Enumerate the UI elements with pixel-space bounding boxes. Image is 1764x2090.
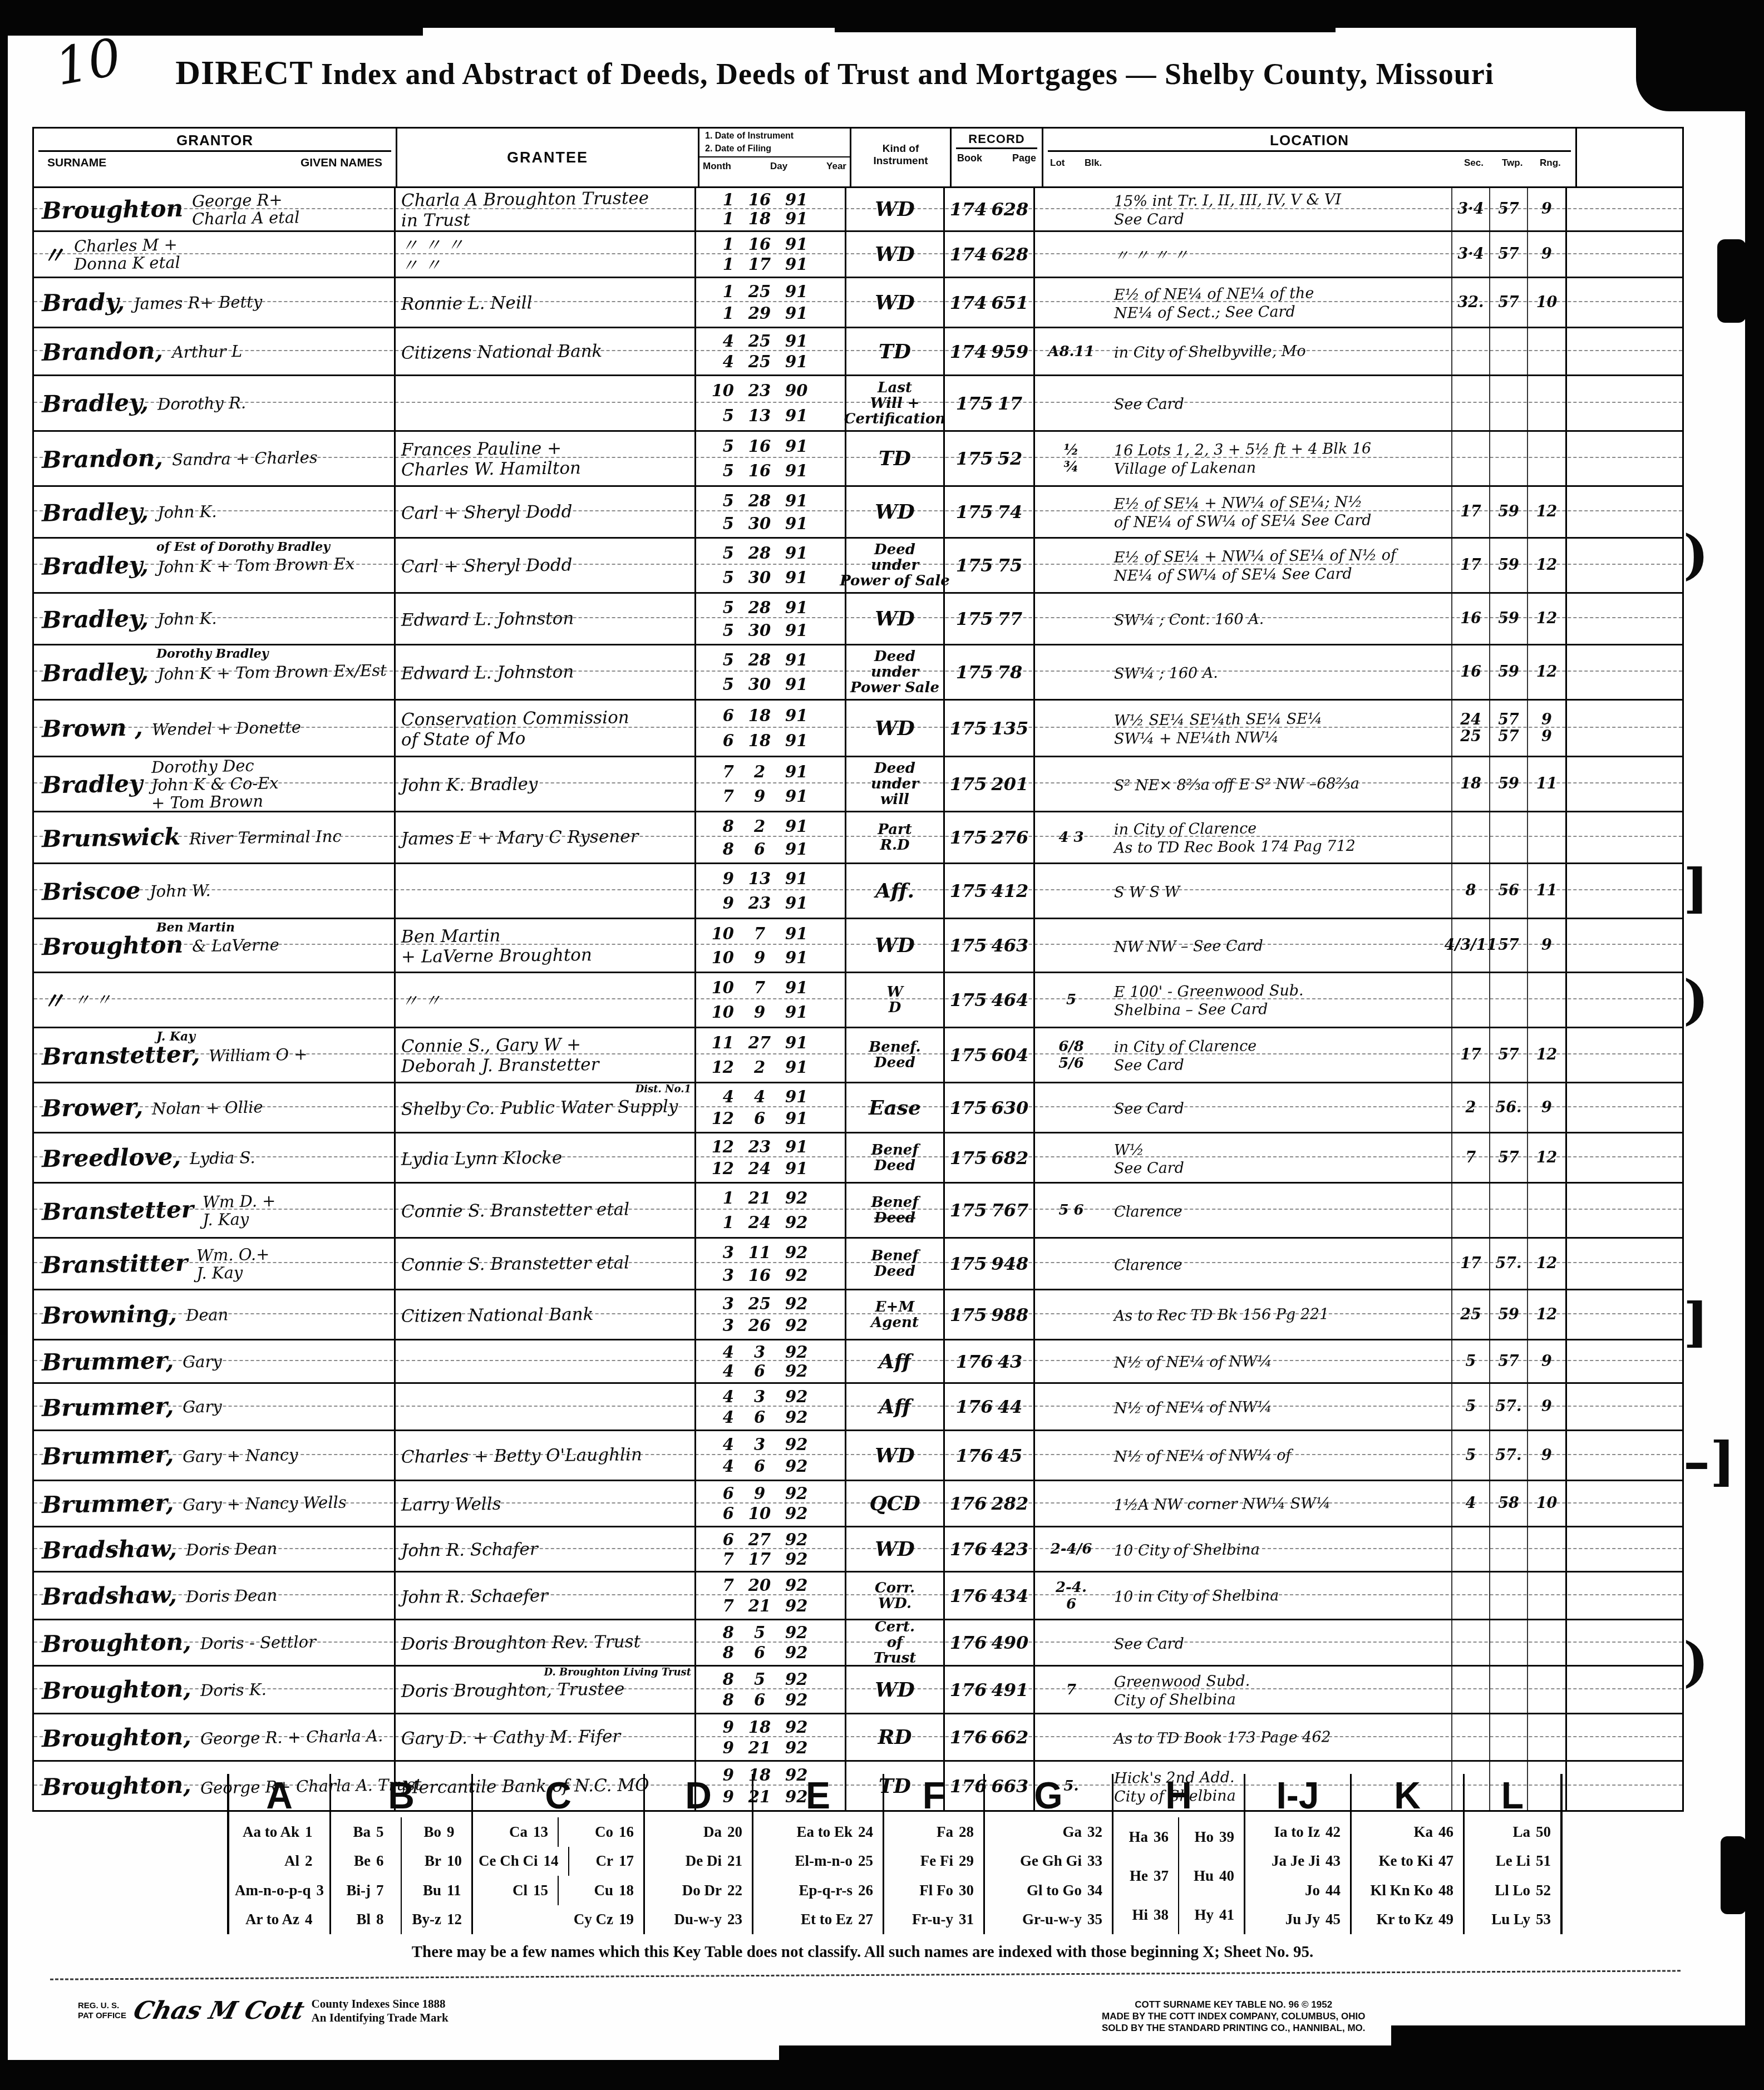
rng-cell: 12 — [1528, 1028, 1567, 1082]
twp-label: Twp. — [1502, 157, 1522, 169]
sec-cell: 17 — [1451, 1028, 1490, 1082]
key-range: Cu — [594, 1882, 613, 1899]
date-month: 6 — [699, 731, 734, 750]
key-cell: Hi38 — [1113, 1895, 1179, 1934]
grantee-line: Citizen National Bank — [401, 1303, 694, 1327]
key-number: 34 — [1087, 1882, 1106, 1899]
twp-value: 57 — [1498, 246, 1519, 263]
grantor-given-line: J. Kay — [203, 1210, 276, 1229]
date-month: 7 — [699, 1576, 734, 1595]
sec-value: 18 — [1460, 776, 1481, 792]
header-grantee: GRANTEE — [397, 129, 699, 186]
colophon-line2: MADE BY THE COTT INDEX COMPANY, COLUMBUS… — [1102, 2010, 1366, 2022]
key-range: Ka — [1413, 1823, 1433, 1841]
date-of-instrument: 42591 — [699, 332, 841, 351]
ink-bracket-mark: ) — [1683, 968, 1708, 1031]
grantor-given-names: George R+Charla A etal — [192, 191, 299, 227]
sec-cell: 4/3/11 — [1451, 919, 1490, 972]
key-row: He37Hu40 — [1113, 1856, 1244, 1895]
sec-value: 4/3/11 — [1445, 937, 1497, 954]
index-entry-row: J. KayBranstetter,William O +Connie S., … — [34, 1028, 1682, 1083]
grantor-surname: Brunswick — [42, 822, 181, 852]
grantor-given-names: Dean — [186, 1306, 228, 1324]
date-of-filing: 4692 — [699, 1362, 841, 1381]
location-description-cell: E 100' - Greenwood Sub.Shelbina – See Ca… — [1107, 973, 1451, 1027]
record-cell: 17577 — [945, 594, 1035, 644]
key-row: Gl to Go34 — [985, 1876, 1112, 1905]
lot-blk-cell: 2-4/6 — [1035, 1527, 1107, 1571]
kind-of-instrument-cell: WD — [846, 1527, 945, 1571]
twp-cell: 59 — [1490, 645, 1528, 699]
kind-line: Aff. — [875, 883, 914, 899]
key-cell: Kr to Kz49 — [1352, 1905, 1463, 1935]
grantee-cell: Doris Broughton Rev. Trust — [396, 1620, 696, 1665]
date-month: 10 — [699, 978, 734, 997]
record-cell: 175276 — [945, 812, 1035, 862]
date-day: 3 — [734, 1387, 785, 1406]
date-of-filing-label: 2. Date of Filing — [699, 141, 850, 154]
grantor-given-line: Nolan + Ollie — [152, 1098, 263, 1117]
key-number: 2 — [305, 1852, 324, 1870]
index-entry-row: 〃Charles M +Donna K etal〃 〃 〃〃 〃11691117… — [34, 232, 1682, 278]
record-book: 175 — [950, 1304, 987, 1325]
grantee-cell: D. Broughton Living TrustDoris Broughton… — [396, 1667, 696, 1713]
scan-artifact-right-blob2 — [1721, 1836, 1746, 1914]
lot-blk-cell — [1035, 645, 1107, 699]
date-month: 10 — [699, 948, 734, 967]
key-row: Ge Gh Gi33 — [985, 1847, 1112, 1876]
date-of-filing: 12492 — [699, 1213, 841, 1232]
ink-bracket-mark: ] — [1683, 1291, 1708, 1354]
key-number: 8 — [376, 1911, 395, 1928]
grantor-given-line: John K + Tom Brown Ex/Est — [157, 661, 387, 683]
key-group-i-j: I-JIa to Iz42Ja Je Ji43Jo44Ju Jy45 — [1245, 1774, 1352, 1934]
kind-of-instrument-cell: E+MAgent — [846, 1290, 945, 1339]
key-cell: Lu Ly53 — [1465, 1905, 1560, 1935]
key-number: 15 — [533, 1882, 552, 1899]
key-row: Fr-u-y31 — [884, 1905, 983, 1935]
location-description-cell: N½ of NE¼ of NW¼ of — [1107, 1431, 1451, 1480]
kind-line: D — [889, 1000, 901, 1016]
key-number: 7 — [376, 1882, 395, 1899]
rng-cell: 12 — [1528, 594, 1567, 644]
date-day: 6 — [734, 1457, 785, 1476]
location-line: As to Rec TD Bk 156 Pg 221 — [1114, 1304, 1451, 1325]
sec-value: 17 — [1460, 1255, 1481, 1272]
record-cell: 175463 — [945, 919, 1035, 972]
kind-line: Trust — [874, 1650, 917, 1666]
book-label: Book — [957, 152, 982, 164]
date-year: 91 — [785, 894, 824, 913]
grantee-cell: Citizen National Bank — [396, 1290, 696, 1339]
date-of-filing: 53091 — [699, 675, 841, 694]
twp-cell: 56. — [1490, 1083, 1528, 1132]
kind-line: Will + — [870, 396, 919, 411]
key-number: 42 — [1326, 1823, 1344, 1841]
key-number: 10 — [447, 1852, 466, 1870]
grantor-given-line: William O + — [209, 1045, 308, 1064]
key-range: Gl to Go — [1027, 1882, 1082, 1899]
grantor-given-names: Charles M +Donna K etal — [74, 236, 180, 272]
date-day: 3 — [734, 1435, 785, 1454]
kind-of-instrument-cell: Aff — [846, 1340, 945, 1382]
date-cell: 5289153091 — [696, 487, 846, 537]
date-month: 9 — [699, 1718, 734, 1737]
sec-cell — [1451, 376, 1490, 430]
date-month: 1 — [699, 209, 734, 228]
grantor-given-names: Gary — [183, 1353, 222, 1371]
key-number: 16 — [619, 1823, 638, 1841]
date-month: 5 — [699, 514, 734, 533]
grantor-cell: Broughton,George R. + Charla A. — [34, 1714, 396, 1760]
date-month: 6 — [699, 706, 734, 725]
date-year: 92 — [785, 1316, 824, 1335]
date-of-instrument: 32592 — [699, 1294, 841, 1313]
lot-blk-cell — [1035, 864, 1107, 918]
grantor-given-line: John K. — [157, 502, 217, 521]
key-number: 11 — [447, 1882, 466, 1899]
key-letter: I-J — [1245, 1773, 1350, 1818]
key-row: Et to Ez27 — [753, 1905, 883, 1935]
grantor-given-line: Wendel + Donette — [151, 718, 301, 738]
date-year: 91 — [785, 621, 824, 640]
lot-line: ¾ — [1063, 459, 1078, 475]
date-year: 91 — [785, 762, 824, 781]
rng-cell: 9 — [1528, 1431, 1567, 1480]
date-cell: 1079110991 — [696, 919, 846, 972]
date-of-filing: 11791 — [699, 255, 841, 274]
margin-cell — [1567, 1184, 1676, 1237]
date-of-filing: 32692 — [699, 1316, 841, 1335]
date-cell: 6189161891 — [696, 701, 846, 756]
kind-of-instrument-cell: WD — [846, 1667, 945, 1713]
index-entry-row: BriscoeJohn W.9139192391Aff.175412S W S … — [34, 864, 1682, 919]
date-cell: 1079110991 — [696, 973, 846, 1027]
kind-line: R.D — [880, 837, 909, 853]
sec-cell: 5 — [1451, 1431, 1490, 1480]
key-letter: B — [331, 1773, 471, 1818]
date-year: 91 — [785, 817, 824, 836]
key-range: Am-n-o-p-q — [235, 1882, 311, 1899]
record-cell: 17517 — [945, 376, 1035, 430]
key-cell: By-z12 — [402, 1905, 471, 1935]
grantor-given-line: John W. — [149, 881, 210, 900]
key-rows: Ba5Bo9Be6Br10Bi-j7Bu11Bl8By-z12 — [331, 1817, 471, 1934]
lot-line: 6/8 — [1058, 1038, 1084, 1055]
grantor-surname: Browning, — [42, 1300, 178, 1329]
date-year: 91 — [785, 598, 824, 617]
kind-of-instrument-cell: LastWill +Certification — [846, 376, 945, 430]
key-cell: Cr17 — [569, 1847, 644, 1876]
key-number: 36 — [1154, 1828, 1172, 1846]
date-day: 16 — [734, 437, 785, 456]
date-day: 9 — [734, 1003, 785, 1022]
date-year: 91 — [785, 332, 824, 351]
key-cell: He37 — [1113, 1856, 1179, 1895]
lot-blk-cell — [1035, 919, 1107, 972]
date-month: 3 — [699, 1243, 734, 1262]
date-cell: 6279271792 — [696, 1527, 846, 1571]
key-cell: Ge Gh Gi33 — [985, 1847, 1112, 1876]
date-cell: 7209272192 — [696, 1573, 846, 1619]
key-row: Cy Cz19 — [473, 1905, 643, 1935]
date-day: 23 — [734, 1137, 785, 1156]
grantor-surname: Brummer, — [42, 1347, 174, 1376]
kind-of-instrument-cell: BenefDeed — [846, 1239, 945, 1289]
kind-of-instrument-cell: Benef.Deed — [846, 1028, 945, 1082]
key-range: Fr-u-y — [912, 1911, 953, 1928]
key-row: Ga32 — [985, 1817, 1112, 1847]
trademark-block: REG. U. S. PAT OFFICE Chas M Cott County… — [78, 1997, 449, 2025]
grantor-surname: Bradley, — [42, 497, 149, 526]
record-page: 434 — [992, 1585, 1029, 1606]
date-of-instrument: 6992 — [699, 1484, 841, 1503]
date-month: 7 — [699, 1596, 734, 1615]
key-cell: Al2 — [229, 1847, 329, 1876]
sec-value: 3·4 — [1458, 201, 1484, 218]
grantor-given-line: Gary + Nancy — [183, 1446, 298, 1466]
grantee-cell: Frances Pauline +Charles W. Hamilton — [396, 432, 696, 485]
margin-cell — [1567, 1620, 1676, 1665]
twp-cell — [1490, 1184, 1528, 1237]
grantor-cell: Brower,Nolan + Ollie — [34, 1083, 396, 1132]
record-book: 176 — [950, 1679, 987, 1700]
key-cell: Ca13 — [473, 1817, 559, 1847]
grantee-line: Deborah J. Branstetter — [401, 1053, 694, 1077]
index-entry-row: Brandon,Sandra + CharlesFrances Pauline … — [34, 432, 1682, 487]
grantee-line: Doris Broughton Rev. Trust — [401, 1631, 694, 1654]
date-year: 92 — [785, 1189, 824, 1207]
grantee-cell: Connie S., Gary W +Deborah J. Branstette… — [396, 1028, 696, 1082]
record-page: 682 — [992, 1147, 1029, 1169]
twp-value: 57 — [1498, 1353, 1519, 1370]
key-rows: Fa28Fe Fi29Fl Fo30Fr-u-y31 — [884, 1817, 983, 1934]
location-line: 1½A NW corner NW¼ SW¼ — [1114, 1493, 1451, 1514]
key-letter: E — [753, 1773, 883, 1818]
key-number: 27 — [858, 1911, 877, 1928]
date-day: 28 — [734, 650, 785, 669]
kind-line: QCD — [869, 1496, 920, 1511]
key-range: Ia to Iz — [1274, 1823, 1320, 1841]
grantor-given-names: 〃 〃 — [74, 991, 111, 1009]
key-row: Ba5Bo9 — [331, 1817, 471, 1847]
header-grantor: GRANTOR SURNAME GIVEN NAMES — [34, 129, 397, 186]
location-line: See Card — [1114, 208, 1451, 229]
kind-of-instrument-cell: Deedunderwill — [846, 757, 945, 811]
key-rows: Ia to Iz42Ja Je Ji43Jo44Ju Jy45 — [1245, 1817, 1350, 1934]
grantor-cell: Breedlove,Lydia S. — [34, 1133, 396, 1182]
key-row: Kl Kn Ko48 — [1352, 1876, 1463, 1905]
date-of-filing: 4692 — [699, 1408, 841, 1427]
date-of-instrument: 61891 — [699, 706, 841, 725]
header-kind: Kind of Instrument — [851, 129, 952, 186]
date-of-instrument: 11691 — [699, 190, 841, 209]
kind-line: WD — [875, 1541, 915, 1557]
key-number: 33 — [1087, 1852, 1106, 1870]
grantee-line: Conservation Commission — [401, 707, 694, 730]
location-description-cell: NW NW – See Card — [1107, 919, 1451, 972]
kind-line: Aff — [879, 1354, 911, 1369]
twp-cell: 58 — [1490, 1481, 1528, 1526]
margin-cell — [1567, 232, 1676, 277]
key-range: Fa — [937, 1823, 953, 1841]
rng-cell — [1528, 973, 1567, 1027]
location-line: Village of Lakenan — [1114, 457, 1451, 478]
key-range: Ho — [1194, 1828, 1214, 1846]
kind-line: WD — [875, 504, 915, 520]
rng-value: 12 — [1536, 664, 1558, 681]
index-entry-row: Brown ,Wendel + DonetteConservation Comm… — [34, 701, 1682, 757]
key-range: Ea to Ek — [796, 1823, 853, 1841]
date-year: 91 — [785, 255, 824, 274]
twp-cell — [1490, 1714, 1528, 1760]
grantee-cell: Charla A Broughton Trusteein Trust — [396, 188, 696, 230]
location-line: SW¼ ; 160 A. — [1114, 662, 1451, 683]
date-month: 5 — [699, 406, 734, 425]
margin-cell — [1567, 1667, 1676, 1713]
table-header: GRANTOR SURNAME GIVEN NAMES GRANTEE 1. D… — [34, 129, 1682, 188]
key-cell: Hu40 — [1179, 1856, 1244, 1895]
sec-cell: 3·4 — [1451, 232, 1490, 277]
kind-line: Deed — [874, 1055, 915, 1071]
date-month: 6 — [699, 1530, 734, 1549]
date-of-instrument: 4392 — [699, 1343, 841, 1362]
date-year: 92 — [785, 1643, 824, 1662]
grantor-cell: 〃〃 〃 — [34, 973, 396, 1027]
kind-line: will — [880, 792, 909, 807]
kind-line: WD — [875, 201, 915, 217]
date-year: 92 — [785, 1213, 824, 1232]
date-year: 91 — [785, 282, 824, 301]
date-month: 7 — [699, 762, 734, 781]
kind-line: Part — [878, 822, 911, 837]
key-cell: Fl Fo30 — [884, 1876, 983, 1905]
surname-key-table: AAa to Ak1Al2Am-n-o-p-q3Ar to Az4BBa5Bo9… — [227, 1774, 1563, 1934]
twp-cell: 57 — [1490, 188, 1528, 230]
rng-value: 11 — [1536, 883, 1558, 899]
blk-label: Blk. — [1085, 157, 1102, 169]
record-page: 628 — [992, 244, 1029, 265]
date-day: 6 — [734, 1690, 785, 1709]
key-cell: Hy41 — [1179, 1895, 1244, 1934]
grantor-given-line: J. Kay — [196, 1263, 270, 1282]
rng-value: 9 — [1541, 712, 1552, 728]
date-year: 91 — [785, 190, 824, 209]
date-day: 9 — [734, 1484, 785, 1503]
date-of-filing: 7991 — [699, 787, 841, 806]
grantor-given-names: Nolan + Ollie — [152, 1099, 263, 1117]
key-range: Lu Ly — [1491, 1911, 1530, 1928]
date-day: 24 — [734, 1159, 785, 1178]
grantor-given-line: Charla A etal — [192, 208, 300, 228]
key-group-k: KKa46Ke to Ki47Kl Kn Ko48Kr to Kz49 — [1352, 1774, 1465, 1934]
record-book: 176 — [956, 1445, 993, 1466]
key-row: Ca13Co16 — [473, 1817, 643, 1847]
record-cell: 175767 — [945, 1184, 1035, 1237]
margin-cell — [1567, 973, 1676, 1027]
key-number: 6 — [376, 1852, 395, 1870]
lot-blk-cell — [1035, 1290, 1107, 1339]
index-entry-row: 〃〃 〃〃 〃1079110991WD1754645E 100' - Green… — [34, 973, 1682, 1028]
date-day: 25 — [734, 282, 785, 301]
location-line: See Card — [1114, 1632, 1451, 1653]
grantor-cell: Brummer,Gary + Nancy Wells — [34, 1481, 396, 1526]
date-year: 91 — [785, 1137, 824, 1156]
location-description-cell: As to Rec TD Bk 156 Pg 221 — [1107, 1290, 1451, 1339]
sec-value: 5 — [1466, 1353, 1476, 1370]
grantor-surname: Broughton — [42, 194, 184, 224]
grantee-cell: Gary D. + Cathy M. Fifer — [396, 1714, 696, 1760]
key-row: Do Dr22 — [645, 1876, 752, 1905]
kind-of-instrument-cell: WD — [846, 188, 945, 230]
key-range: Bi-j — [347, 1882, 371, 1899]
margin-cell — [1567, 1431, 1676, 1480]
kind-line: Deed — [874, 1210, 915, 1226]
grantor-surname: Brandon, — [42, 337, 164, 366]
location-line: S W S W — [1114, 880, 1451, 901]
key-range: Ja Je Ji — [1272, 1852, 1320, 1870]
grantee-cell: John R. Schafer — [396, 1527, 696, 1571]
location-description-cell: S W S W — [1107, 864, 1451, 918]
reg-line1: REG. U. S. — [78, 2001, 126, 2011]
kind-line: TD — [879, 344, 911, 359]
grantor-cell: Bradley,John K. — [34, 594, 396, 644]
grantor-given-line: Doris - Settlor — [200, 1633, 316, 1653]
grantor-note: of Est of Dorothy Bradley — [156, 540, 330, 554]
day-label: Day — [770, 161, 787, 172]
kind-line: TD — [879, 451, 911, 466]
date-day: 21 — [734, 1596, 785, 1615]
date-month: 3 — [699, 1316, 734, 1335]
record-page: 75 — [998, 555, 1023, 576]
grantor-given-names: Doris K. — [200, 1681, 267, 1699]
sec-cell — [1451, 1714, 1490, 1760]
date-month: 4 — [699, 1435, 734, 1454]
rng-value: 9 — [1541, 246, 1552, 263]
key-row: Gr-u-w-y35 — [985, 1905, 1112, 1935]
key-row: Ep-q-r-s26 — [753, 1876, 883, 1905]
twp-cell — [1490, 376, 1528, 430]
sec-cell: 16 — [1451, 645, 1490, 699]
twp-cell: 57 — [1490, 232, 1528, 277]
key-rows: Ea to Ek24El-m-n-o25Ep-q-r-s26Et to Ez27 — [753, 1817, 883, 1934]
kind-of-instrument-cell: WD — [846, 1431, 945, 1480]
date-of-instrument: 8592 — [699, 1670, 841, 1689]
location-line: in City of Clarence — [1114, 817, 1451, 839]
date-day: 30 — [734, 568, 785, 587]
date-cell: 1169111791 — [696, 232, 846, 277]
date-day: 24 — [734, 1213, 785, 1232]
kind-line: Cert. — [875, 1619, 915, 1635]
index-entry-row: Brower,Nolan + OllieDist. No.1Shelby Co.… — [34, 1083, 1682, 1133]
date-of-instrument: 4392 — [699, 1435, 841, 1454]
date-day: 2 — [734, 817, 785, 836]
location-description-cell: See Card — [1107, 376, 1451, 430]
kind-line: under — [871, 664, 919, 680]
grantee-cell — [396, 1384, 696, 1430]
grantee-note: Dist. No.1 — [635, 1083, 691, 1095]
record-page: 43 — [998, 1351, 1023, 1372]
key-table-note: There may be a few names which this Key … — [0, 1943, 1725, 1961]
date-day: 28 — [734, 544, 785, 563]
location-line: As to TD Book 173 Page 462 — [1114, 1727, 1451, 1748]
date-of-filing: 4692 — [699, 1457, 841, 1476]
margin-cell — [1567, 188, 1676, 230]
record-cell: 175682 — [945, 1133, 1035, 1182]
grantee-cell: John R. Schaefer — [396, 1573, 696, 1619]
location-line: Clarence — [1114, 1200, 1451, 1221]
key-row: Lu Ly53 — [1465, 1905, 1560, 1935]
